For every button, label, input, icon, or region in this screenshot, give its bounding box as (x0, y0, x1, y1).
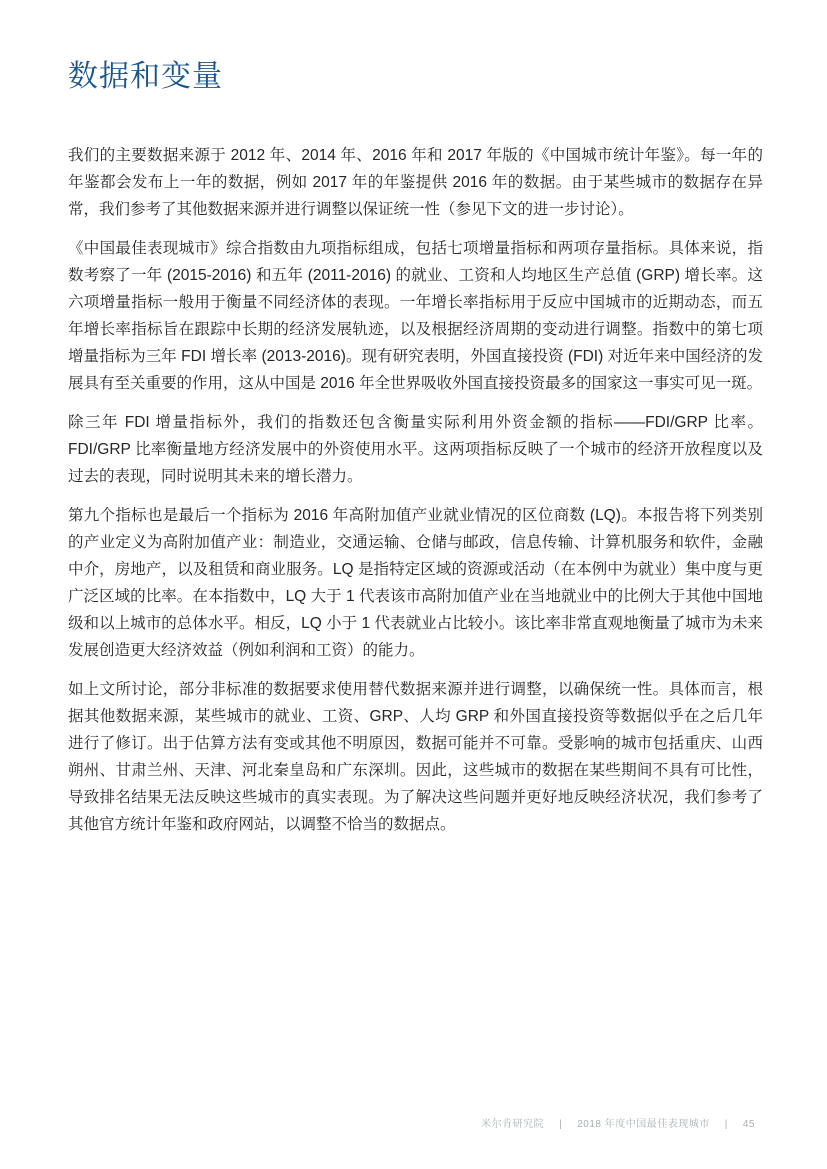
paragraph-fdi-grp-ratio: 除三年 FDI 增量指标外，我们的指数还包含衡量实际利用外资金额的指标——FDI… (68, 409, 763, 490)
page-title: 数据和变量 (68, 58, 763, 96)
paragraph-data-adjustments: 如上文所讨论，部分非标准的数据要求使用替代数据来源并进行调整，以确保统一性。具体… (68, 676, 763, 838)
paragraph-data-sources: 我们的主要数据来源于 2012 年、2014 年、2016 年和 2017 年版… (68, 142, 763, 223)
footer-separator: | (725, 1119, 728, 1131)
paragraph-location-quotient: 第九个指标也是最后一个指标为 2016 年高附加值产业就业情况的区位商数 (LQ… (68, 502, 763, 664)
footer-separator: | (559, 1119, 562, 1131)
body-text: 我们的主要数据来源于 2012 年、2014 年、2016 年和 2017 年版… (68, 142, 763, 838)
paragraph-index-composition: 《中国最佳表现城市》综合指数由九项指标组成，包括七项增量指标和两项存量指标。具体… (68, 235, 763, 397)
page-footer: 米尔肯研究院 | 2018 年度中国最佳表现城市 | 45 (481, 1119, 755, 1131)
footer-organization: 米尔肯研究院 (481, 1119, 544, 1131)
document-page: 数据和变量 我们的主要数据来源于 2012 年、2014 年、2016 年和 2… (0, 0, 827, 1169)
footer-report-title: 2018 年度中国最佳表现城市 (577, 1119, 710, 1131)
footer-page-number: 45 (743, 1119, 755, 1131)
